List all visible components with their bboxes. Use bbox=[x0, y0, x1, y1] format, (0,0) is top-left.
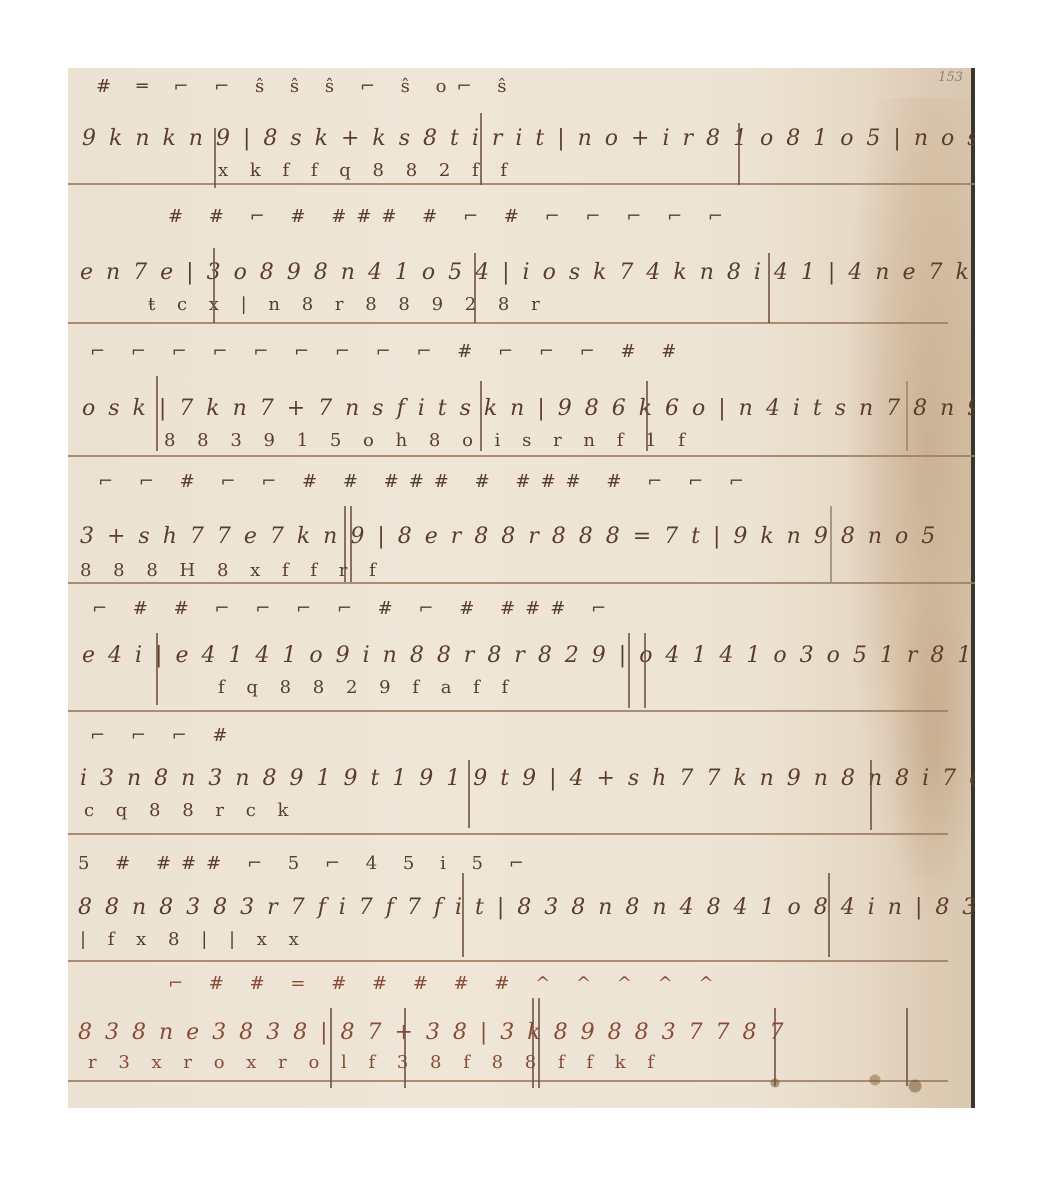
tablature-system-4: ⌐ ⌐ # ⌐ ⌐ # # ### # ### # ⌐ ⌐ ⌐ 3 + s h … bbox=[68, 466, 975, 591]
accidental-row: # # ⌐ # ### # ⌐ # ⌐ ⌐ ⌐ ⌐ ⌐ bbox=[168, 206, 733, 227]
note-row: 8 3 8 n e 3 8 3 8 | 8 7 + 3 8 | 3 k 8 9 … bbox=[78, 1020, 787, 1045]
bass-row: f q 8 8 2 9 f a f f bbox=[218, 677, 516, 698]
note-row: 8 8 n 8 3 8 3 r 7 f i 7 f 7 f i t | 8 3 … bbox=[78, 895, 975, 920]
barline bbox=[214, 128, 216, 188]
barline-double bbox=[350, 506, 352, 582]
barline bbox=[404, 1008, 406, 1088]
bass-row: r 3 x r o x r o l f 3 8 f 8 8 f f k f bbox=[88, 1052, 662, 1073]
tablature-system-1: # ═ ⌐ ⌐ ŝ ŝ ŝ ⌐ ŝ o⌐ ŝ 9 k n k n 9 | 8 s… bbox=[68, 68, 975, 193]
barline bbox=[468, 760, 470, 828]
barline-double bbox=[538, 998, 540, 1088]
accidental-row: ⌐ ⌐ ⌐ # bbox=[90, 725, 238, 746]
note-row: 3 + s h 7 7 e 7 k n 9 | 8 e r 8 8 r 8 8 … bbox=[80, 524, 938, 549]
barline bbox=[480, 113, 482, 185]
accidental-row: ⌐ ⌐ # ⌐ ⌐ # # ### # ### # ⌐ ⌐ ⌐ bbox=[98, 471, 754, 492]
note-row: o s k | 7 k n 7 + 7 n s f i t s k n | 9 … bbox=[82, 396, 975, 421]
note-row: i 3 n 8 n 3 n 8 9 1 9 t 1 9 1 9 t 9 | 4 … bbox=[80, 766, 975, 791]
bass-row: 8 8 8 H 8 x f f r f bbox=[80, 560, 384, 581]
bass-row: ŧ c x | n 8 r 8 8 9 2 8 r bbox=[148, 294, 548, 315]
bass-row: | f x 8 | | x x bbox=[80, 929, 307, 950]
barline bbox=[738, 123, 740, 185]
barline bbox=[830, 506, 832, 582]
accidental-row: # ═ ⌐ ⌐ ŝ ŝ ŝ ⌐ ŝ o⌐ ŝ bbox=[96, 76, 517, 97]
barline bbox=[828, 873, 830, 957]
barline bbox=[646, 381, 648, 451]
barline bbox=[156, 376, 158, 451]
accidental-row: 5 # ### ⌐ 5 ⌐ 4 5 i 5 ⌐ bbox=[78, 853, 534, 874]
bass-row: x k f f q 8 8 2 f f bbox=[218, 160, 515, 181]
barline bbox=[474, 253, 476, 323]
barline bbox=[644, 633, 646, 708]
manuscript-page: 153 # ═ ⌐ ⌐ ŝ ŝ ŝ ⌐ ŝ o⌐ ŝ 9 k n k n 9 |… bbox=[68, 68, 975, 1108]
barline bbox=[768, 253, 770, 323]
tablature-system-5: ⌐ # # ⌐ ⌐ ⌐ ⌐ # ⌐ # ### ⌐ e 4 i | e 4 1 … bbox=[68, 593, 975, 718]
ink-spots bbox=[735, 1068, 935, 1098]
note-row: e 4 i | e 4 1 4 1 o 9 i n 8 8 r 8 r 8 2 … bbox=[82, 643, 975, 668]
barline bbox=[213, 248, 215, 323]
barline bbox=[330, 1008, 332, 1088]
bass-row: c q 8 8 r c k bbox=[84, 800, 296, 821]
barline-double bbox=[344, 506, 346, 582]
tablature-system-2: # # ⌐ # ### # ⌐ # ⌐ ⌐ ⌐ ⌐ ⌐ e n 7 e | 3 … bbox=[68, 198, 975, 323]
barline bbox=[906, 381, 908, 451]
tablature-system-7: 5 # ### ⌐ 5 ⌐ 4 5 i 5 ⌐ 8 8 n 8 3 8 3 r … bbox=[68, 843, 975, 968]
barline-double bbox=[532, 998, 534, 1088]
accidental-row: ⌐ # # ⌐ ⌐ ⌐ ⌐ # ⌐ # ### ⌐ bbox=[92, 598, 616, 619]
barline bbox=[462, 873, 464, 957]
barline bbox=[870, 760, 872, 830]
barline bbox=[156, 633, 158, 705]
tablature-system-6: ⌐ ⌐ ⌐ # i 3 n 8 n 3 n 8 9 1 9 t 1 9 1 9 … bbox=[68, 720, 975, 845]
barline bbox=[480, 381, 482, 451]
bass-row: 8 8 3 9 1 5 o h 8 o i s r n f 1 f bbox=[164, 430, 693, 451]
barline bbox=[628, 633, 630, 708]
accidental-row: ⌐ ⌐ ⌐ ⌐ ⌐ ⌐ ⌐ ⌐ ⌐ # ⌐ ⌐ ⌐ # # bbox=[90, 341, 686, 362]
tablature-system-3: ⌐ ⌐ ⌐ ⌐ ⌐ ⌐ ⌐ ⌐ ⌐ # ⌐ ⌐ ⌐ # # o s k | 7 … bbox=[68, 336, 975, 461]
accidental-row: ⌐ # # = # # # # # ^ ^ ^ ^ ^ bbox=[168, 973, 724, 994]
